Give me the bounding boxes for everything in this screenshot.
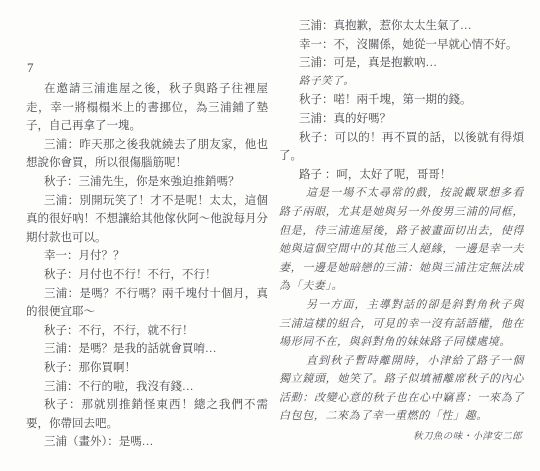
dialogue-line: 三浦：是嗎？是我的話就會買唷…	[26, 340, 268, 359]
stage-direction: 路子笑了。	[279, 73, 524, 92]
page-number: 7	[27, 60, 34, 76]
dialogue-line: 秋子：不行，不行，就不行！	[26, 322, 268, 341]
right-column: 三浦：真抱歉，惹你太太生氣了… 幸一：不，沒關係，她從一早就心情不好。 三浦：可…	[279, 17, 524, 447]
dialogue-line: 三浦：是嗎？不行嗎？兩千塊付十個月，真的很便宜耶～	[26, 285, 268, 322]
dialogue-line: 幸一：月付？？	[26, 247, 268, 266]
dialogue-line: 秋子：喏！兩千塊，第一期的錢。	[279, 91, 524, 110]
dialogue-line: 三浦（畫外）：是嗎…	[26, 433, 268, 452]
left-column: 在邀請三浦進屋之後，秋子與路子往裡屋走，幸一將榻榻米上的書挪位，為三浦鋪了墊子，…	[26, 80, 268, 452]
commentary-paragraph: 另一方面，主導對話的卻是斜對角秋子與三浦這樣的組合，可見的幸一沒有話語權，他在場…	[279, 296, 524, 352]
dialogue-line: 三浦：可是，真是抱歉吶…	[279, 54, 524, 73]
dialogue-line: 幸一：不，沒關係，她從一早就心情不好。	[279, 36, 524, 55]
commentary-paragraph: 直到秋子暫時離開時，小津給了路子一個獨立鏡頭，她笑了。路子似填補離席秋子的內心活…	[279, 352, 524, 426]
dialogue-line: 三浦：真抱歉，惹你太太生氣了…	[279, 17, 524, 36]
dialogue-line: 秋子：月付也不行！不行，不行！	[26, 266, 268, 285]
dialogue-line: 路子 ：呵，太好了呢，哥哥！	[279, 166, 524, 185]
document-page: 7 在邀請三浦進屋之後，秋子與路子往裡屋走，幸一將榻榻米上的書挪位，為三浦鋪了墊…	[0, 0, 540, 471]
dialogue-line: 秋子：可以的！再不買的話，以後就有得煩了。	[279, 129, 524, 166]
dialogue-line: 秋子：三浦先生，你是來強迫推銷嗎？	[26, 173, 268, 192]
dialogue-line: 三浦：別開玩笑了！才不是呢！太太，這個真的很好吶！不想讓給其他傢伙阿～他說每月分…	[26, 192, 268, 248]
commentary-paragraph: 這是一場不太尋常的戲，按說觀眾想多看路子兩眼，尤其是她與另一外俊男三浦的同框，但…	[279, 184, 524, 296]
dialogue-line: 三浦：不行的啦，我沒有錢…	[26, 378, 268, 397]
dialogue-line: 秋子：那就別推銷怪東西！總之我們不需要，你帶回去吧。	[26, 396, 268, 433]
dialogue-line: 三浦：真的好嗎？	[279, 110, 524, 129]
narrative-paragraph: 在邀請三浦進屋之後，秋子與路子往裡屋走，幸一將榻榻米上的書挪位，為三浦鋪了墊子，…	[26, 80, 268, 136]
dialogue-line: 秋子：那你買啊！	[26, 359, 268, 378]
dialogue-line: 三浦：昨天那之後我就繞去了朋友家，他也想說你會買，所以很傷腦筋呢！	[26, 136, 268, 173]
attribution-line: 秋刀魚の味・小津安二郎	[279, 428, 522, 447]
